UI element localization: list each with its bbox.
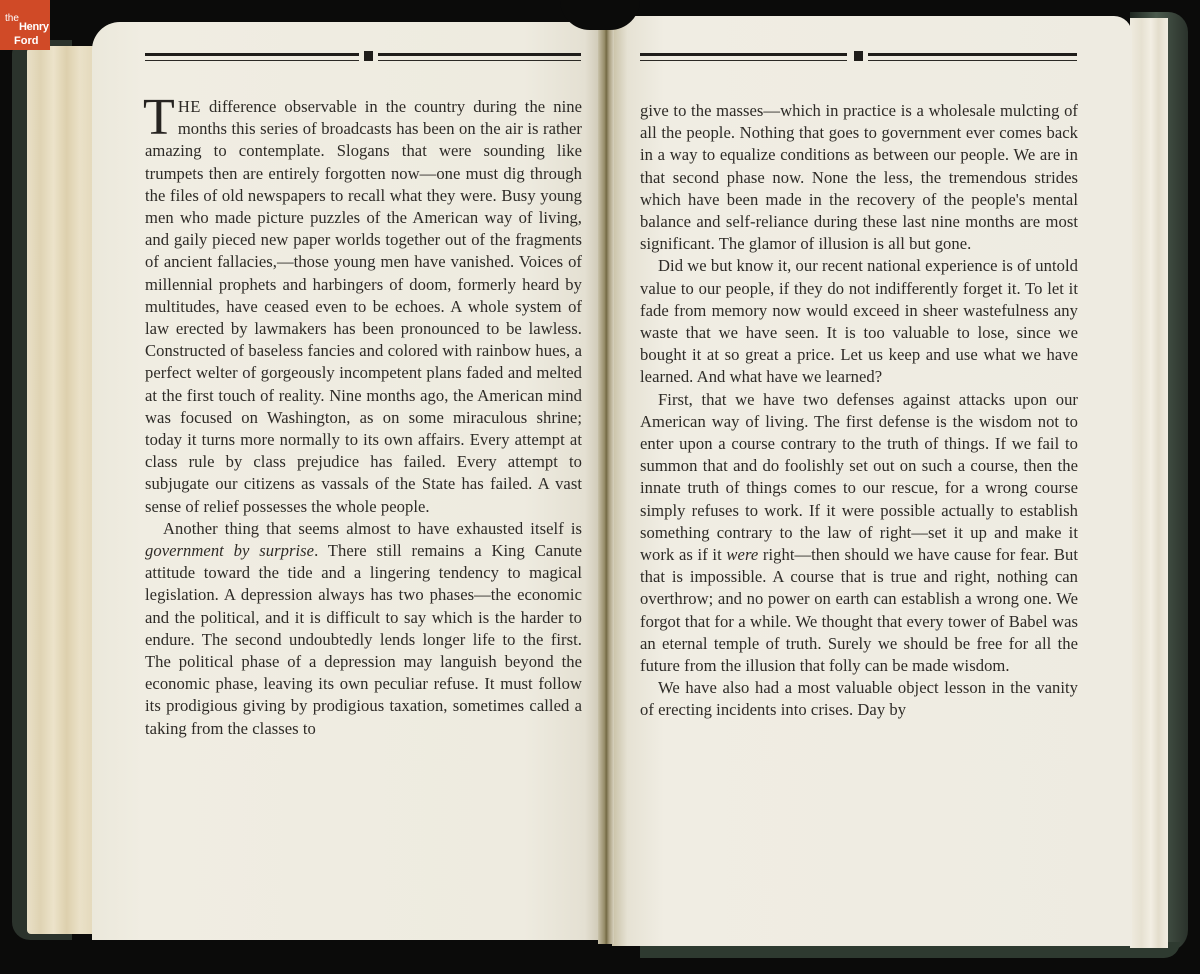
paragraph-text: . There still remains a King Canute atti… [145,541,582,738]
italic-phrase: government by surprise [145,541,314,560]
paragraph-text: give to the masses—which in practice is … [640,101,1078,253]
paragraph-text: right—then should we have cause for fear… [640,545,1078,675]
logo-text-henry: Henry [19,22,49,33]
left-page-header-rule [145,50,581,64]
ornament-square-icon [854,51,863,61]
drop-cap: T [143,98,175,138]
paragraph: First, that we have two defenses against… [640,389,1078,678]
paragraph-text: Another thing that seems almost to have … [163,519,582,538]
paragraph-text: Did we but know it, our recent national … [640,256,1078,386]
henry-ford-logo: the Henry Ford [0,0,50,50]
page-stack-left [27,46,93,934]
left-page-text: THE difference observable in the country… [145,96,582,740]
opening-caps: HE [178,97,201,116]
italic-word: were [726,545,758,564]
page-stack-right [1130,18,1168,948]
book-gutter [598,28,614,944]
paragraph-text: We have also had a most valuable object … [640,678,1078,719]
ornament-square-icon [364,51,373,61]
paragraph: We have also had a most valuable object … [640,677,1078,721]
paragraph-text: First, that we have two defenses against… [640,390,1078,564]
paragraph: THE difference observable in the country… [145,96,582,518]
paragraph-text: difference observable in the country dur… [145,97,582,516]
right-page-text: give to the masses—which in practice is … [640,100,1078,722]
paragraph: Another thing that seems almost to have … [145,518,582,740]
logo-text-the: the [5,14,19,24]
paragraph: Did we but know it, our recent national … [640,255,1078,388]
logo-text-ford: Ford [14,36,38,47]
paragraph: give to the masses—which in practice is … [640,100,1078,255]
right-page-header-rule [640,50,1077,64]
